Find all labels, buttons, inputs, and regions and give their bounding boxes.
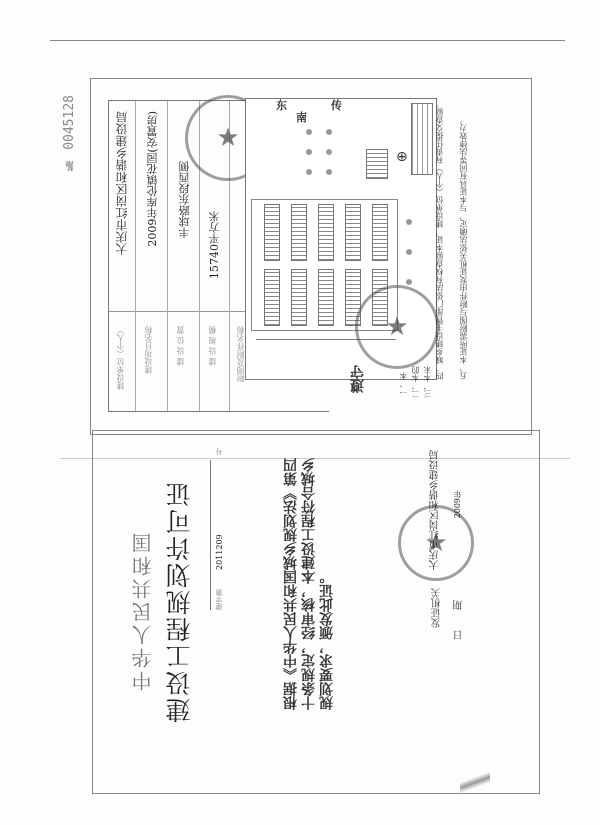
issuer-value: 大庆市红岗区和谐乡建设局 xyxy=(428,450,443,570)
notice-item-3: 三、本未 xyxy=(422,366,433,398)
number-suffix: 号 xyxy=(214,448,224,455)
site-label-1: 东 xyxy=(276,97,287,113)
value-location: 丰球路东段西侧 xyxy=(177,161,193,238)
certificate-number: 建字第 2011209 号 xyxy=(210,440,224,610)
notice-item-4: 四、城乡建设主管部门依法有权查验本证，建设单位（个人）有责任提交查验。 xyxy=(434,100,445,380)
date-label: 日 期 xyxy=(452,600,467,640)
label-builder: 建设单位（个人） xyxy=(115,326,126,390)
serial-number: № 0045128 xyxy=(62,95,77,173)
number-value: 2011209 xyxy=(215,534,224,570)
certificate-title: 建设工程规划许可证 xyxy=(162,480,198,723)
north-arrow-icon: ⊕ xyxy=(396,149,408,165)
upper-page-border xyxy=(50,40,565,42)
country-name: 中华人民共和国 xyxy=(128,530,157,691)
certificate-body: 根据《中华人民共和国城乡规划法》第四十条规定，经审核，本建设工程符合城乡规划要求… xyxy=(282,450,336,710)
site-label-2: 南 xyxy=(296,109,307,125)
notice-item-1: 一、本 xyxy=(398,372,409,396)
notice-heading: 遵守 xyxy=(348,365,368,393)
label-scale: 建 设 规 模 xyxy=(207,326,218,366)
scan-streak xyxy=(460,760,490,805)
notice-item-5: 五、本证所需附图与附件由发证机关依法确定，与本证具有同等法律效力。 xyxy=(458,100,469,380)
official-stamp-construction: ★ xyxy=(355,285,439,369)
site-label-3: 传 xyxy=(331,97,342,113)
number-prefix: 建字第 xyxy=(214,589,224,610)
star-icon: ★ xyxy=(216,123,239,153)
value-builder: 大庆市红岗区和谐乡建设局 xyxy=(113,111,130,255)
notice-item-2: 二、本的 xyxy=(410,366,421,398)
value-scale: 15740平方米 xyxy=(207,211,223,279)
label-project-name: 建设项目名称 xyxy=(143,326,154,374)
issuer-label: 发证机关 xyxy=(430,588,445,628)
star-icon: ★ xyxy=(385,312,408,342)
date-value: 2009年 xyxy=(452,490,463,518)
label-location: 建 设 位 置 xyxy=(175,326,186,366)
value-project-name: 2009年库伦镇花园(安置房) xyxy=(145,111,161,247)
